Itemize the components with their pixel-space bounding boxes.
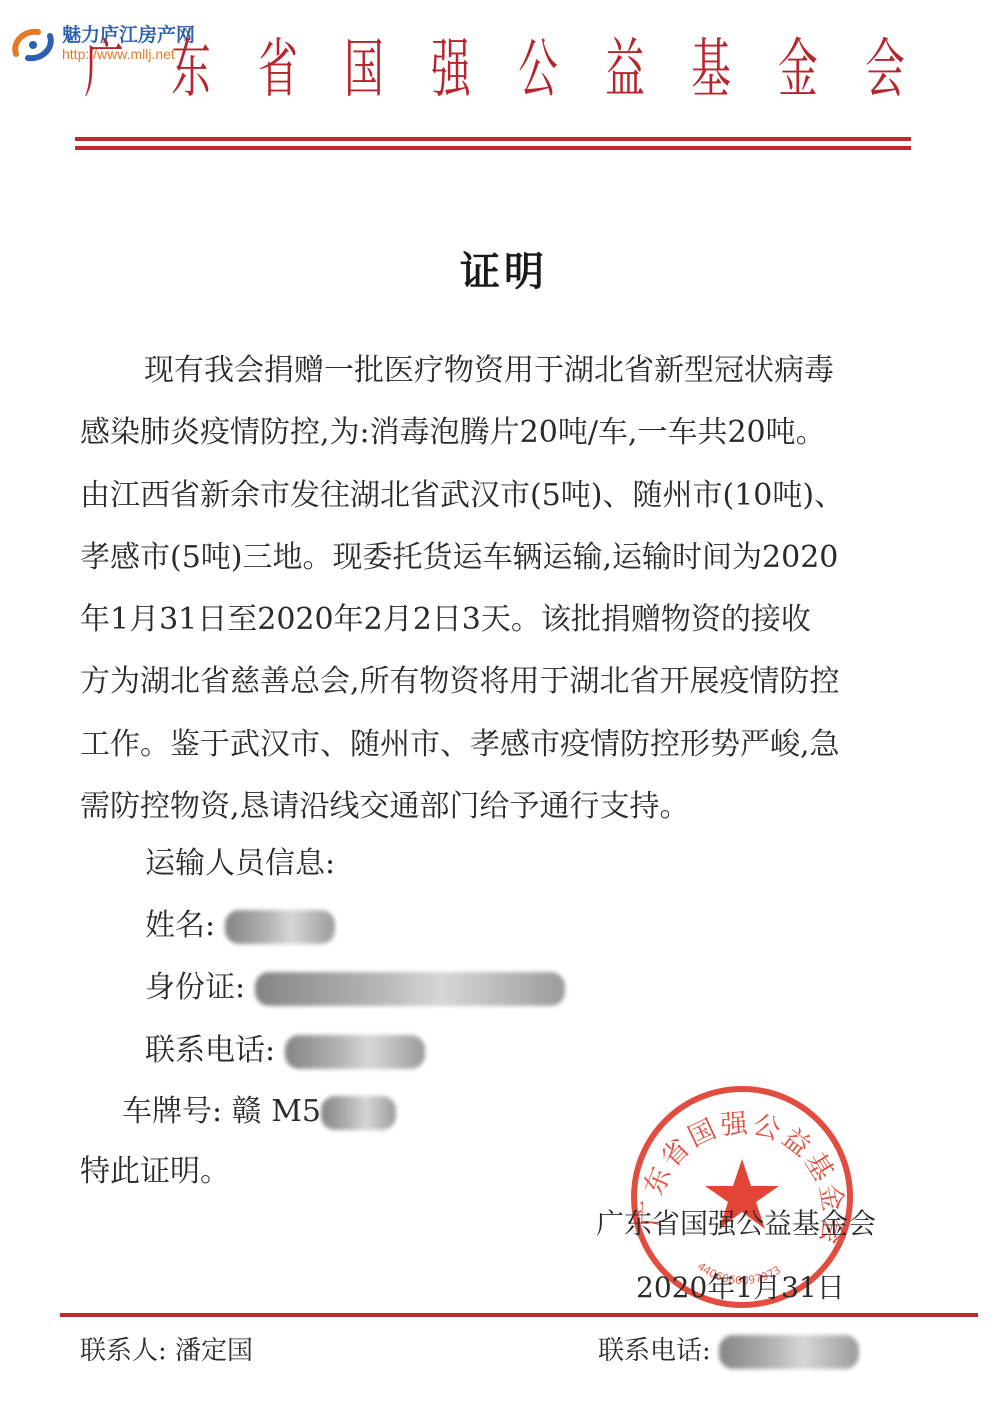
driver-phone-row: 联系电话:	[145, 1025, 425, 1069]
body-line: 感染肺炎疫情防控,为:消毒泡腾片20吨/车,一车共20吨。	[80, 402, 912, 464]
contact-label: 联系人:	[80, 1336, 167, 1366]
letterhead-organization: 广 东 省 国 强 公 益 基 金 会	[72, 30, 917, 110]
letterhead-rule-top	[75, 137, 911, 141]
letterhead-char: 益	[605, 30, 645, 110]
body-line: 工作。鉴于武汉市、随州市、孝感市疫情防控形势严峻,急	[80, 714, 912, 776]
footer-phone-label: 联系电话:	[598, 1336, 711, 1366]
plate-redacted	[321, 1096, 396, 1130]
driver-phone-label: 联系电话:	[145, 1033, 275, 1068]
plate-label: 车牌号:	[122, 1094, 222, 1129]
body-line: 年1月31日至2020年2月2日3天。该批捐赠物资的接收	[80, 589, 912, 651]
driver-name-label: 姓名:	[145, 908, 215, 943]
letterhead-char: 会	[865, 30, 905, 110]
body-line: 方为湖北省慈善总会,所有物资将用于湖北省开展疫情防控	[80, 651, 912, 713]
letterhead-char: 东	[171, 30, 211, 110]
letterhead-char: 国	[344, 30, 384, 110]
closing-statement: 特此证明。	[80, 1146, 230, 1190]
signature-organization: 广东省国强公益基金会	[596, 1202, 876, 1242]
letterhead-char: 金	[778, 30, 818, 110]
site-logo-icon	[10, 24, 56, 64]
id-card-redacted	[255, 972, 565, 1006]
document-title: 证明	[0, 240, 1008, 297]
letterhead-char: 公	[518, 30, 558, 110]
contact-name: 潘定国	[175, 1336, 253, 1366]
letterhead-char: 基	[692, 30, 732, 110]
transport-info-heading: 运输人员信息:	[145, 838, 335, 882]
letterhead-char: 广	[84, 30, 124, 110]
letterhead-rule-bottom	[75, 146, 911, 150]
footer-phone-redacted	[719, 1335, 859, 1369]
body-line: 孝感市(5吨)三地。现委托货运车辆运输,运输时间为2020	[80, 527, 912, 589]
letterhead-char: 省	[258, 30, 298, 110]
letterhead-char: 强	[431, 30, 471, 110]
body-line: 现有我会捐赠一批医疗物资用于湖北省新型冠状病毒	[80, 340, 912, 402]
plate-value-visible: 赣 M5	[232, 1094, 321, 1129]
footer-contact: 联系人: 潘定国	[80, 1330, 253, 1367]
driver-name-row: 姓名:	[145, 900, 335, 944]
id-card-label: 身份证:	[145, 970, 245, 1005]
signature-date: 2020年1月31日	[636, 1266, 845, 1306]
driver-name-redacted	[225, 910, 335, 944]
footer-rule	[60, 1313, 978, 1317]
footer-phone: 联系电话:	[598, 1330, 859, 1369]
body-line: 由江西省新余市发往湖北省武汉市(5吨)、随州市(10吨)、	[80, 465, 912, 527]
document-body: 现有我会捐赠一批医疗物资用于湖北省新型冠状病毒 感染肺炎疫情防控,为:消毒泡腾片…	[80, 340, 912, 838]
body-line: 需防控物资,恳请沿线交通部门给予通行支持。	[80, 776, 912, 838]
plate-row: 车牌号: 赣 M5	[122, 1086, 396, 1130]
id-card-row: 身份证:	[145, 962, 565, 1006]
driver-phone-redacted	[285, 1035, 425, 1069]
